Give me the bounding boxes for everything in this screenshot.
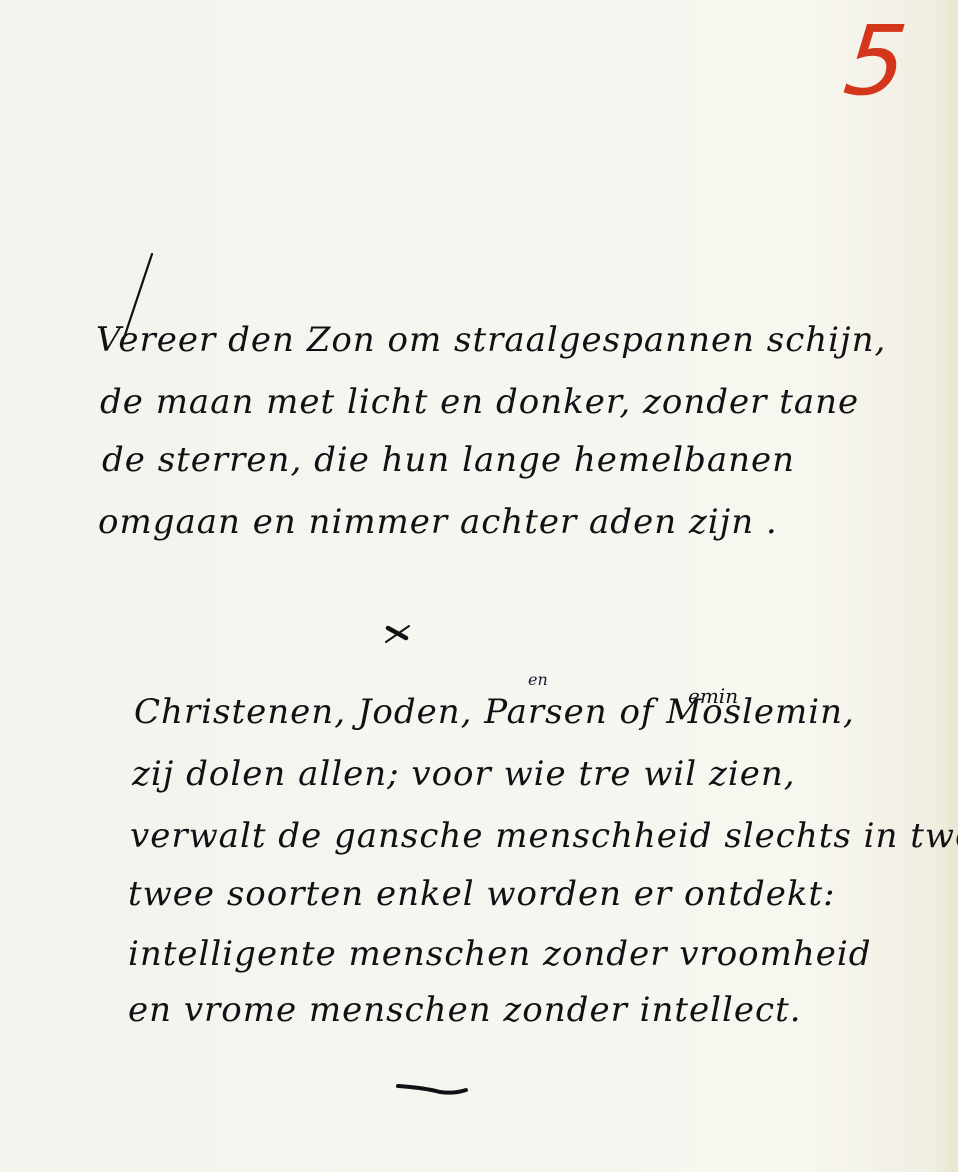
manuscript-page: 5 Vereer den Zon om straalgespannen schi…	[0, 0, 958, 1172]
stanza-line: Christenen, Joden, Parsen of Moslemin,	[134, 692, 855, 732]
end-dash-icon	[396, 1082, 468, 1096]
stanza-line: twee soorten enkel worden er ontdekt:	[128, 874, 836, 914]
stanza-line: omgaan en nimmer achter aden zijn .	[98, 502, 778, 542]
stanza-line: intelligente menschen zonder vroomheid	[128, 934, 872, 974]
stanza-line: verwalt de gansche menschheid slechts in…	[130, 816, 958, 856]
insertion-note: en	[528, 670, 548, 689]
stanza-line: zij dolen allen; voor wie tre wil zien,	[132, 754, 796, 794]
stanza-line: de maan met licht en donker, zonder tane	[100, 382, 859, 422]
stanza-divider-cross-icon	[382, 622, 412, 644]
stanza-line: Vereer den Zon om straalgespannen schijn…	[96, 320, 886, 360]
page-number: 5	[839, 6, 931, 116]
stanza-line: de sterren, die hun lange hemelbanen	[102, 440, 795, 480]
stanza-line: en vrome menschen zonder intellect.	[128, 990, 802, 1030]
